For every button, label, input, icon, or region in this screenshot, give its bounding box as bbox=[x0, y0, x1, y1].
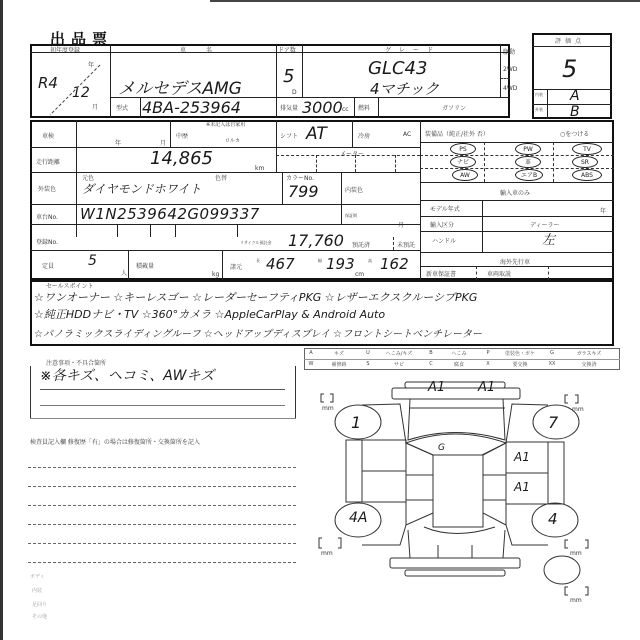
drive-2wd[interactable]: 2WD bbox=[503, 66, 517, 73]
equipment-pw[interactable]: PW bbox=[515, 143, 541, 155]
overseas-label: 海外先行車 bbox=[500, 257, 530, 266]
drive-4wd[interactable]: 4WD bbox=[503, 85, 517, 92]
legend-code-x: X bbox=[482, 361, 494, 367]
shift-label: シフト bbox=[280, 131, 298, 140]
scan-border-left bbox=[0, 0, 3, 640]
exterior-score-value: B bbox=[570, 104, 580, 120]
legend-text-u: へこみ/キズ bbox=[375, 350, 423, 357]
legend-code-b: B bbox=[425, 350, 437, 356]
interior-score-value: A bbox=[570, 88, 580, 104]
mileage-label: 走行距離 bbox=[36, 157, 60, 166]
model-code-value: 4BA-253964 bbox=[142, 98, 241, 117]
load-label: 積載量 bbox=[136, 261, 154, 270]
equipment-ps[interactable]: PS bbox=[450, 143, 476, 155]
displacement-unit: cc bbox=[342, 106, 349, 113]
inspection-month-unit: 月 bbox=[160, 138, 166, 147]
reg-no-label: 登録No. bbox=[36, 237, 58, 246]
diagonal-slash bbox=[45, 60, 105, 120]
sales-point-line-1: ☆ワンオーナー ☆キーレスゴー ☆レーダーセーフティPKG ☆レザーエクスクルー… bbox=[34, 289, 477, 305]
mark-front-left: A1 bbox=[428, 380, 445, 395]
equipment-navi[interactable]: ナビ bbox=[450, 156, 476, 168]
mark-right-rear-door: A1 bbox=[514, 480, 530, 494]
legend-code-c: C bbox=[425, 361, 437, 367]
legend-text-xx: 交換済 bbox=[560, 361, 618, 368]
model-code-label: 型式 bbox=[116, 103, 128, 112]
warranty-label: 新車保証書 bbox=[426, 269, 456, 278]
bottom-label-interior: 内装 bbox=[32, 587, 42, 594]
handle-value: 左 bbox=[542, 229, 555, 248]
displacement-label: 排気量 bbox=[280, 103, 298, 112]
drive-label: 駆動 bbox=[503, 47, 515, 56]
interior-score-label: 内装 bbox=[535, 92, 543, 98]
tire-rear-left: 4A bbox=[349, 510, 367, 526]
chassis-no-value: W1N2539642G099337 bbox=[80, 205, 260, 223]
sales-point-line-2: ☆純正HDDナビ・TV ☆360°カメラ ☆AppleCarPlay & And… bbox=[34, 306, 385, 322]
doors-label: ドア数 bbox=[278, 45, 296, 54]
history-label: 中歴 bbox=[176, 131, 188, 140]
fuel-label: 燃料 bbox=[358, 103, 370, 112]
inspector-note: 検査員記入欄 修復歴「有」の場合は修復箇所・交換箇所を記入 bbox=[30, 437, 200, 446]
equipment-label: 装備品（純正/社外 否） bbox=[425, 129, 489, 138]
handle-label: ハンドル bbox=[432, 236, 456, 245]
doors-unit: D bbox=[292, 89, 297, 96]
model-year-label: モデル年式 bbox=[430, 204, 460, 213]
ac-value: AC bbox=[403, 131, 411, 138]
legend-code-p: P bbox=[482, 350, 494, 356]
dimensions-label: 諸元 bbox=[230, 262, 242, 271]
mark-windshield: G bbox=[438, 443, 445, 453]
expiry-label: 保証期 bbox=[345, 213, 357, 219]
legend-text-w: 補修跡 bbox=[318, 361, 360, 368]
legend-code-s: S bbox=[362, 361, 374, 367]
exterior-color-change-label: 色替 bbox=[215, 173, 227, 182]
length-value: 467 bbox=[266, 255, 295, 273]
mm-unit-fr: mm bbox=[572, 406, 584, 413]
bottom-label-suspension: 足回り bbox=[32, 601, 47, 608]
length-label: 長 bbox=[256, 258, 260, 264]
legend-text-s: サビ bbox=[375, 361, 423, 368]
legend-code-a: A bbox=[305, 350, 317, 356]
width-unit: cm bbox=[355, 271, 364, 278]
tire-front-left: 1 bbox=[351, 413, 361, 432]
equipment-tv[interactable]: TV bbox=[572, 143, 602, 155]
chassis-no-label: 車台No. bbox=[36, 212, 58, 221]
mm-unit-rl: mm bbox=[321, 550, 333, 557]
mileage-unit: km bbox=[255, 165, 264, 172]
bottom-label-other: その他 bbox=[32, 613, 47, 620]
sales-point-line-3: ☆パノラミックスライディングルーフ ☆ヘッドアップディスプレイ ☆フロントシート… bbox=[34, 325, 482, 340]
legend-code-w: W bbox=[305, 361, 317, 367]
car-name-label: 車名 bbox=[180, 45, 232, 54]
equipment-leather[interactable]: 革 bbox=[515, 156, 541, 168]
recycle-paid[interactable]: 預託済 bbox=[352, 240, 370, 249]
legend-text-a: キズ bbox=[318, 350, 360, 357]
grade-value-line2: 4マチック bbox=[370, 78, 439, 99]
tire-rear-right: 4 bbox=[548, 510, 558, 528]
equipment-abs[interactable]: ABS bbox=[572, 169, 602, 181]
mark-right-front-door: A1 bbox=[514, 450, 530, 464]
scan-border-top bbox=[210, 0, 640, 2]
mileage-value: 14,865 bbox=[150, 148, 213, 169]
history-sub: ロルカ bbox=[225, 137, 240, 144]
height-label: 高 bbox=[368, 258, 372, 264]
tire-front-right: 7 bbox=[548, 413, 558, 432]
meter-label: メーター bbox=[340, 149, 364, 158]
legend-code-xx: XX bbox=[546, 361, 558, 367]
exterior-score-label: 外装 bbox=[535, 107, 543, 113]
recycle-label: リサイクル預託金 bbox=[240, 240, 271, 246]
bottom-label-body: ボディ bbox=[30, 573, 45, 580]
capacity-value: 5 bbox=[88, 253, 97, 269]
displacement-value: 3000 bbox=[302, 98, 343, 117]
width-label: 幅 bbox=[318, 258, 322, 264]
import-type-value: ディーラー bbox=[530, 220, 560, 229]
grade-value-line1: GLC43 bbox=[368, 58, 427, 79]
legend-text-g: ガラスキズ bbox=[560, 350, 618, 357]
equipment-aw[interactable]: AW bbox=[452, 169, 478, 181]
legend-text-c: 腐食 bbox=[438, 361, 480, 368]
import-type-label: 輸入区分 bbox=[430, 220, 454, 229]
mm-unit-rr: mm bbox=[570, 550, 582, 557]
equipment-airbag[interactable]: エアB bbox=[515, 169, 543, 181]
legend-text-p: 塗装色・ボケ bbox=[495, 350, 545, 357]
import-only-label: 輸入車のみ bbox=[500, 188, 530, 197]
interior-color-label: 内装色 bbox=[345, 185, 363, 194]
shift-value: AT bbox=[306, 124, 327, 144]
notes-value: ※各キズ、ヘコミ、AWキズ bbox=[40, 365, 214, 385]
color-no-value: 799 bbox=[288, 182, 319, 201]
manual-label: 車両取説 bbox=[487, 269, 511, 278]
score-value: 5 bbox=[562, 55, 577, 83]
fuel-value: ガソリン bbox=[442, 103, 466, 112]
mm-unit-spare: mm bbox=[570, 597, 582, 604]
equipment-hint: ○をつける bbox=[560, 129, 589, 138]
capacity-label: 定員 bbox=[42, 261, 54, 270]
exterior-color-label: 外装色 bbox=[38, 184, 56, 193]
capacity-unit: 人 bbox=[121, 268, 127, 277]
recycle-value: 17,760 bbox=[288, 231, 344, 250]
model-year-unit: 年 bbox=[600, 206, 606, 215]
equipment-sr[interactable]: SR bbox=[572, 156, 598, 168]
color-no-label: カラーNo. bbox=[286, 173, 314, 182]
doors-value: 5 bbox=[283, 66, 294, 87]
width-value: 193 bbox=[326, 255, 355, 273]
mm-unit-fl: mm bbox=[322, 405, 334, 412]
score-label: 評価点 bbox=[555, 36, 585, 45]
inspection-year-unit: 年 bbox=[115, 138, 121, 147]
legend-text-b: へこみ bbox=[438, 350, 480, 357]
legend-code-g: G bbox=[546, 350, 558, 356]
mark-front-right: A1 bbox=[478, 380, 495, 395]
history-note: ※未記入は自家用 bbox=[206, 121, 245, 128]
legend-code-u: U bbox=[362, 350, 374, 356]
ac-label: 冷房 bbox=[358, 131, 370, 140]
car-name-value: メルセデスAMG bbox=[118, 74, 242, 99]
recycle-unpaid[interactable]: 未預託 bbox=[397, 240, 415, 249]
height-value: 162 bbox=[380, 255, 409, 273]
exterior-color-value: ダイヤモンドホワイト bbox=[82, 180, 201, 197]
grade-label: グレード bbox=[385, 45, 441, 54]
first-registration-label: 初年度登録 bbox=[50, 45, 80, 54]
legend-text-x: 要交換 bbox=[495, 361, 545, 368]
load-unit: kg bbox=[212, 271, 219, 278]
inspection-label: 車検 bbox=[42, 131, 54, 140]
